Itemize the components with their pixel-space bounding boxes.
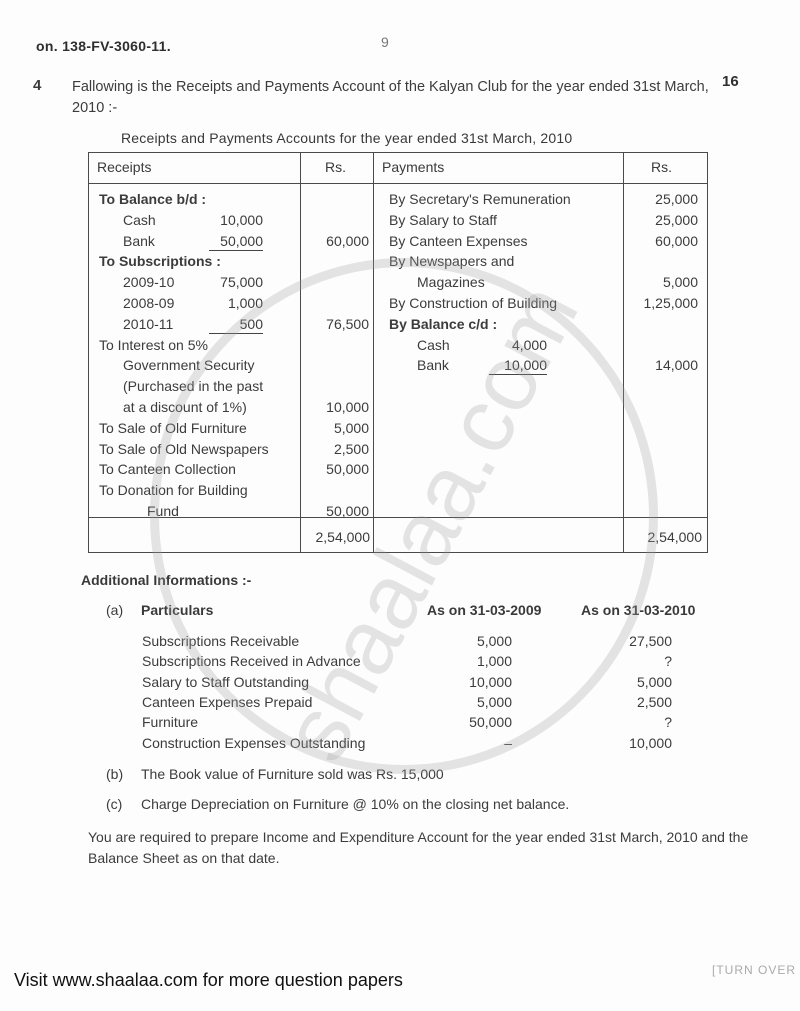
particular-name: Construction Expenses Outstanding: [142, 735, 365, 751]
receipt-item: To Donation for Building: [99, 482, 248, 498]
receipt-item: Bank: [123, 233, 155, 249]
receipt-sub-amount: 10,000: [209, 212, 263, 228]
particular-name: Subscriptions Received in Advance: [142, 653, 361, 669]
value-2009: 5,000: [432, 633, 512, 649]
receipt-amount: 76,500: [303, 316, 369, 332]
header-payments: Payments: [382, 159, 444, 175]
col-2010-header: As on 31-03-2010: [581, 602, 695, 618]
value-2009: 50,000: [432, 714, 512, 730]
payment-item: Bank: [417, 357, 449, 373]
particular-name: Canteen Expenses Prepaid: [142, 694, 312, 710]
header-receipts-rs: Rs.: [325, 159, 346, 175]
receipt-amount: 5,000: [303, 420, 369, 436]
divider: [89, 517, 707, 518]
receipt-item: Cash: [123, 212, 156, 228]
receipt-sub-amount: 50,000: [209, 233, 263, 251]
receipts-payments-table: Receipts Rs. Payments Rs. To Balance b/d…: [88, 152, 708, 553]
payments-total: 2,54,000: [626, 529, 702, 545]
question-number: 4: [33, 77, 41, 94]
receipt-item: (Purchased in the past: [123, 378, 263, 394]
value-2010: 10,000: [592, 735, 672, 751]
value-2009: –: [432, 735, 512, 751]
receipt-sub-amount: 75,000: [209, 274, 263, 290]
value-2009: 5,000: [432, 694, 512, 710]
payment-amount: 14,000: [626, 357, 698, 373]
receipt-sub-amount: 1,000: [209, 295, 263, 311]
receipt-item: To Subscriptions :: [99, 253, 221, 269]
divider: [623, 153, 624, 552]
receipt-amount: 50,000: [303, 503, 369, 519]
value-2009: 1,000: [432, 653, 512, 669]
receipts-total: 2,54,000: [303, 529, 370, 545]
payment-item: By Secretary's Remuneration: [389, 191, 571, 207]
receipt-item: To Sale of Old Furniture: [99, 420, 247, 436]
item-b-text: The Book value of Furniture sold was Rs.…: [141, 766, 444, 782]
divider: [89, 183, 707, 184]
item-c-label: (c): [106, 796, 122, 812]
divider: [373, 153, 374, 552]
particulars-header: Particulars: [141, 602, 213, 618]
value-2010: 27,500: [592, 633, 672, 649]
page-number: 9: [381, 34, 389, 50]
payment-sub-amount: 4,000: [489, 337, 547, 353]
receipt-item: 2009-10: [123, 274, 174, 290]
payment-amount: 25,000: [626, 212, 698, 228]
receipt-item: at a discount of 1%): [123, 399, 247, 415]
receipt-amount: 50,000: [303, 461, 369, 477]
particular-name: Furniture: [142, 714, 198, 730]
receipt-sub-amount: 500: [209, 316, 263, 334]
value-2010: 5,000: [592, 674, 672, 690]
payment-amount: 25,000: [626, 191, 698, 207]
receipt-item: 2010-11: [123, 316, 173, 332]
payment-sub-amount: 10,000: [489, 357, 547, 375]
footer-link[interactable]: Visit www.shaalaa.com for more question …: [14, 970, 403, 991]
item-c-text: Charge Depreciation on Furniture @ 10% o…: [141, 796, 569, 812]
additional-info-title: Additional Informations :-: [81, 572, 251, 588]
item-b-label: (b): [106, 766, 123, 782]
payment-amount: 5,000: [626, 274, 698, 290]
instruction-text: You are required to prepare Income and E…: [88, 827, 778, 869]
payment-item: By Construction of Building: [389, 295, 557, 311]
table-title: Receipts and Payments Accounts for the y…: [121, 130, 572, 146]
receipt-item: 2008-09: [123, 295, 174, 311]
receipt-amount: 10,000: [303, 399, 369, 415]
particular-name: Subscriptions Receivable: [142, 633, 299, 649]
receipt-item: To Canteen Collection: [99, 461, 236, 477]
receipt-item: To Interest on 5%: [99, 337, 208, 353]
item-a-label: (a): [106, 602, 123, 618]
payment-item: By Salary to Staff: [389, 212, 497, 228]
value-2009: 10,000: [432, 674, 512, 690]
question-text: Fallowing is the Receipts and Payments A…: [72, 77, 722, 119]
value-2010: ?: [592, 714, 672, 730]
payment-item: Magazines: [417, 274, 485, 290]
receipt-item: Fund: [147, 503, 179, 519]
receipt-amount: 60,000: [303, 233, 369, 249]
col-2009-header: As on 31-03-2009: [427, 602, 541, 618]
payment-item: By Balance c/d :: [389, 316, 497, 332]
receipt-item: To Balance b/d :: [99, 191, 206, 207]
receipt-amount: 2,500: [303, 441, 369, 457]
header-receipts: Receipts: [97, 159, 151, 175]
payment-amount: 60,000: [626, 233, 698, 249]
divider: [300, 153, 301, 552]
payment-item: Cash: [417, 337, 450, 353]
receipt-item: Government Security: [123, 357, 255, 373]
paper-code: on. 138-FV-3060-11.: [36, 38, 171, 54]
payment-item: By Canteen Expenses: [389, 233, 528, 249]
question-marks: 16: [722, 73, 739, 90]
receipt-item: To Sale of Old Newspapers: [99, 441, 269, 457]
payment-item: By Newspapers and: [389, 253, 514, 269]
payment-amount: 1,25,000: [626, 295, 698, 311]
particular-name: Salary to Staff Outstanding: [142, 674, 309, 690]
value-2010: 2,500: [592, 694, 672, 710]
header-payments-rs: Rs.: [651, 159, 672, 175]
turn-over-label: [TURN OVER: [712, 963, 796, 977]
value-2010: ?: [592, 653, 672, 669]
